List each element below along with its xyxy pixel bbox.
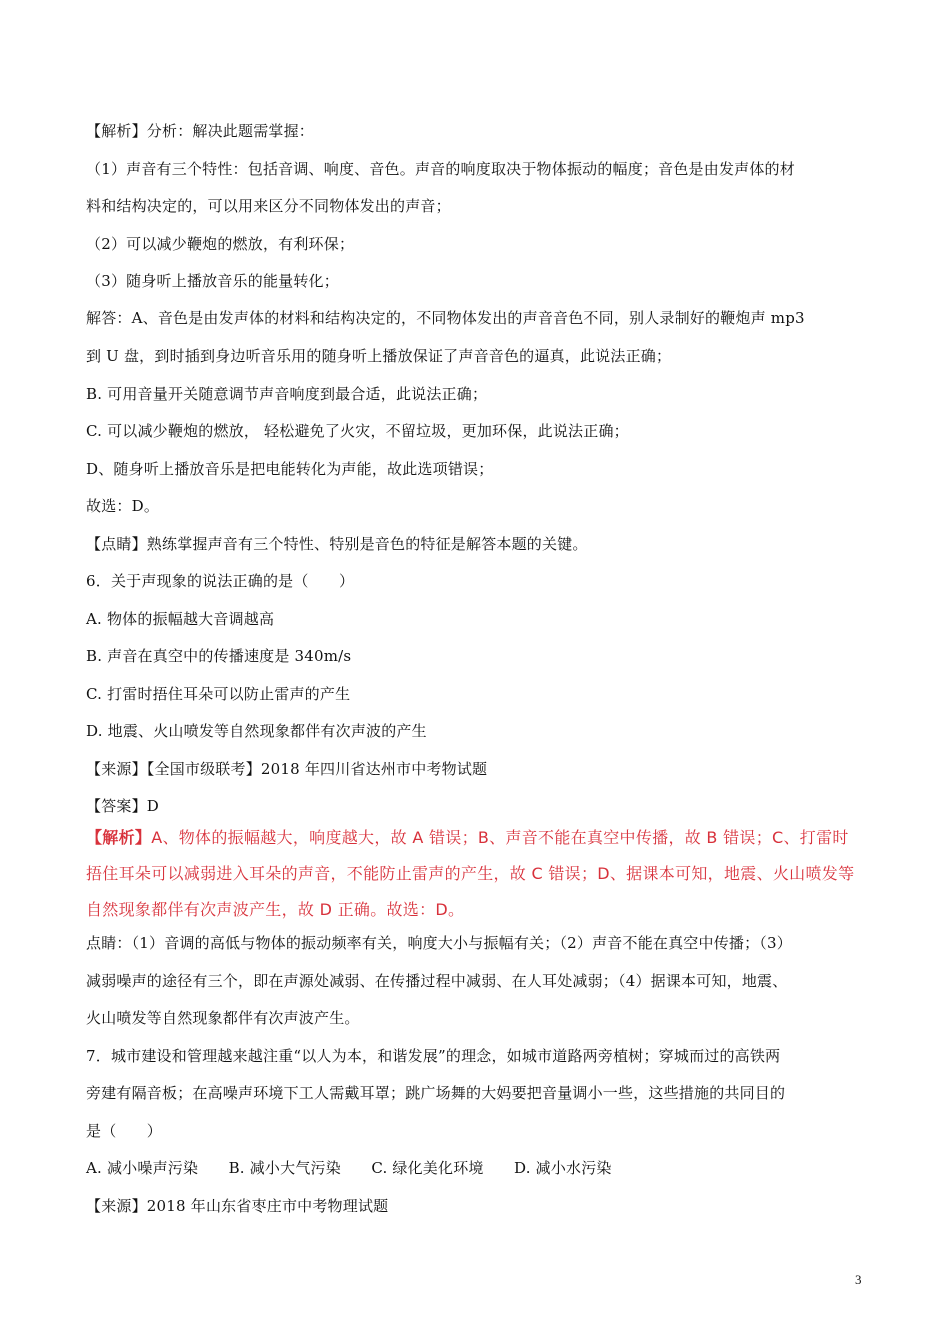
answer-line-a: 解答：A、音色是由发声体的材料和结构决定的，不同物体发出的声音音色不同，别人录制… bbox=[86, 308, 805, 328]
question-6-comment-3: 火山喷发等自然现象都伴有次声波产生。 bbox=[86, 1008, 360, 1028]
page-number: 3 bbox=[855, 1272, 862, 1288]
question-6-option-c: C. 打雷时捂住耳朵可以防止雷声的产生 bbox=[86, 684, 350, 704]
question-6-answer: 【答案】D bbox=[86, 796, 159, 816]
answer-line-b: B. 可用音量开关随意调节声音响度到最合适，此说法正确； bbox=[86, 384, 487, 404]
question-6-source: 【来源】【全国市级联考】2018 年四川省达州市中考物试题 bbox=[86, 759, 487, 779]
question-6-option-b: B. 声音在真空中的传播速度是 340m/s bbox=[86, 646, 351, 666]
red-analysis-line-2: 捂住耳朵可以减弱进入耳朵的声音，不能防止雷声的产生，故 C 错误；D、据课本可知… bbox=[86, 856, 886, 892]
question-7-stem-1: 7．城市建设和管理越来越注重“以人为本，和谐发展”的理念，如城市道路两旁植树；穿… bbox=[86, 1046, 780, 1066]
analysis-comment: 【点睛】熟练掌握声音有三个特性、特别是音色的特征是解答本题的关键。 bbox=[86, 534, 588, 554]
question-6-option-a: A. 物体的振幅越大音调越高 bbox=[86, 609, 274, 629]
question-6-stem: 6．关于声现象的说法正确的是（ ） bbox=[86, 571, 354, 591]
red-analysis-line-3: 自然现象都伴有次声波产生，故 D 正确。故选：D。 bbox=[86, 892, 886, 928]
analysis-point-1-cont: 料和结构决定的，可以用来区分不同物体发出的声音； bbox=[86, 196, 451, 216]
question-6-analysis-red: 【解析】A、物体的振幅越大，响度越大，故 A 错误；B、声音不能在真空中传播，故… bbox=[86, 820, 886, 928]
analysis-point-3: （3）随身听上播放音乐的能量转化； bbox=[86, 271, 339, 291]
analysis-point-1: （1）声音有三个特性：包括音调、响度、音色。声音的响度取决于物体振动的幅度；音色… bbox=[86, 159, 795, 179]
question-6-comment-1: 点睛：（1）音调的高低与物体的振动频率有关，响度大小与振幅有关；（2）声音不能在… bbox=[86, 933, 792, 953]
question-7-source: 【来源】2018 年山东省枣庄市中考物理试题 bbox=[86, 1196, 388, 1216]
question-7-stem-2: 旁建有隔音板；在高噪声环境下工人需戴耳罩；跳广场舞的大妈要把音量调小一些，这些措… bbox=[86, 1083, 785, 1103]
answer-line-d: D、随身听上播放音乐是把电能转化为声能，故此选项错误； bbox=[86, 459, 493, 479]
answer-line-c: C. 可以减少鞭炮的燃放， 轻松避免了火灾，不留垃圾，更加环保，此说法正确； bbox=[86, 421, 629, 441]
answer-line-a-cont: 到 U 盘，到时插到身边听音乐用的随身听上播放保证了声音音色的逼真，此说法正确； bbox=[86, 346, 671, 366]
red-analysis-label: 【解析】 bbox=[86, 828, 151, 847]
question-6-comment-2: 减弱噪声的途径有三个，即在声源处减弱、在传播过程中减弱、在人耳处减弱；（4）据课… bbox=[86, 971, 787, 991]
question-7-options: A. 减小噪声污染 B. 减小大气污染 C. 绿化美化环境 D. 减小水污染 bbox=[86, 1158, 612, 1178]
question-7-stem-3: 是（ ） bbox=[86, 1121, 162, 1141]
analysis-point-2: （2）可以减少鞭炮的燃放，有利环保； bbox=[86, 234, 354, 254]
question-6-option-d: D. 地震、火山喷发等自然现象都伴有次声波的产生 bbox=[86, 721, 427, 741]
document-page: 【解析】分析：解决此题需掌握： （1）声音有三个特性：包括音调、响度、音色。声音… bbox=[0, 0, 950, 1344]
analysis-header: 【解析】分析：解决此题需掌握： bbox=[86, 121, 314, 141]
answer-choice: 故选：D。 bbox=[86, 496, 159, 516]
red-analysis-line-1: 【解析】A、物体的振幅越大，响度越大，故 A 错误；B、声音不能在真空中传播，故… bbox=[86, 820, 886, 856]
